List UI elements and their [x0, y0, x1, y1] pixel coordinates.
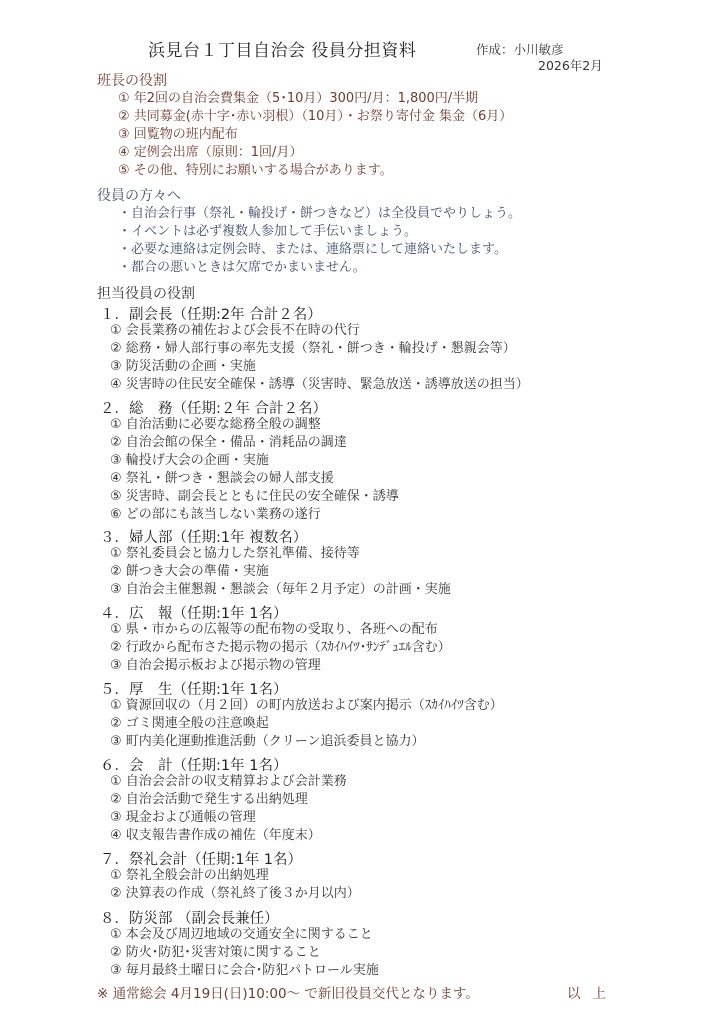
role-item: ④ 災害時の住民安全確保・誘導（災害時、緊急放送・誘導放送の担当） [110, 376, 529, 394]
role-item: ② 自治会館の保全・備品・消耗品の調達 [110, 434, 347, 452]
role-item: ③ 自治会主催懇親・懇談会（毎年２月予定）の計画・実施 [110, 581, 451, 599]
role-item: ① 祭礼委員会と協力した祭礼準備、接待等 [110, 545, 360, 563]
team-leader-item: ③ 回覧物の班内配布 [118, 126, 238, 144]
role-title-womens-division: ３．婦人部（任期:1年 複数名） [100, 526, 307, 547]
role-item: ① 本会及び周辺地域の交通安全に関すること [110, 926, 373, 944]
role-item: ① 県・市からの広報等の配布物の受取り、各班への配布 [110, 621, 438, 639]
officers-note-heading: 役員の方々へ [97, 185, 181, 205]
role-item: ② ゴミ関連全般の注意喚起 [110, 715, 269, 733]
officers-note-item: ・イベントは必ず複数人参加して手伝いましょう。 [118, 223, 417, 241]
role-item: ① 資源回収の（月２回）の町内放送および案内掲示（ｽｶｲﾊｲﾂ含む） [110, 697, 503, 715]
role-item: ④ 収支報告書作成の補佐（年度末） [110, 827, 321, 845]
footer-note: ※ 通常総会 4月19日(日)10:00～ で新旧役員交代となります。 [97, 982, 479, 1002]
role-title-accounting: ６．会 計（任期:1年 1名） [100, 754, 287, 775]
team-leader-item: ② 共同募金(赤十字･赤い羽根）（10月）・お祭り寄付金 集金（6月） [118, 108, 512, 126]
role-title-general-affairs: ２．総 務（任期:２年 合計２名） [100, 397, 327, 418]
date-label: 2026年2月 [538, 56, 603, 74]
role-title-disaster-prevention: ８．防災部 （副会長兼任） [100, 907, 279, 928]
team-leader-item: ④ 定例会出席（原則：1回/月） [118, 144, 302, 162]
role-item: ① 会長業務の補佐および会長不在時の代行 [110, 322, 360, 340]
role-item: ③ 毎月最終土曜日に会合･防犯パトロール実施 [110, 962, 379, 980]
role-item: ② 総務・婦人部行事の率先支援（祭礼・餅つき・輪投げ・懇親会等） [110, 340, 516, 358]
role-item: ③ 輪投げ大会の企画・実施 [110, 452, 269, 470]
footer-end-mark: 以上 [567, 982, 618, 1002]
team-leader-item: ① 年2回の自治会費集金（5･10月）300円/月：1,800円/半期 [118, 90, 478, 108]
officers-note-item: ・都合の悪いときは欠席でかまいません。 [118, 259, 366, 277]
document-title: 浜見台１丁目自治会 役員分担資料 [148, 36, 416, 61]
role-item: ② 行政から配布さた掲示物の掲示（ｽｶｲﾊｲﾂ･ｻﾝﾃﾞｭｴﾙ含む） [110, 639, 451, 657]
role-title-vice-president: １．副会長（任期:2年 合計２名） [100, 303, 322, 324]
role-item: ① 祭礼全般会計の出納処理 [110, 867, 269, 885]
team-leader-heading: 班長の役割 [97, 70, 167, 90]
role-item: ① 自治会会計の収支精算および会計業務 [110, 773, 347, 791]
role-item: ① 自治活動に必要な総務全般の調整 [110, 416, 321, 434]
role-title-festival-accounting: ７．祭礼会計（任期:1年 1名） [100, 848, 302, 869]
role-item: ⑥ どの部にも該当しない業務の遂行 [110, 506, 321, 524]
role-item: ② 防火･防犯･災害対策に関すること [110, 944, 321, 962]
role-title-public-relations: ４．広 報（任期:1年 1名） [100, 602, 287, 623]
team-leader-item: ⑤ その他、特別にお願いする場合があります。 [118, 162, 393, 180]
role-item: ② 自治会活動で発生する出納処理 [110, 791, 308, 809]
role-item: ② 餅つき大会の準備・実施 [110, 563, 269, 581]
role-item: ② 決算表の作成（祭礼終了後３か月以内） [110, 885, 360, 903]
role-item: ③ 町内美化運動推進活動（クリーン追浜委員と協力） [110, 733, 425, 751]
role-item: ③ 防災活動の企画・実施 [110, 358, 256, 376]
officers-note-item: ・必要な連絡は定例会時、または、連絡票にして連絡いたします。 [118, 241, 507, 259]
role-item: ③ 自治会掲示板および掲示物の管理 [110, 657, 321, 675]
role-item: ③ 現金および通帳の管理 [110, 809, 256, 827]
role-item: ④ 祭礼・餅つき・懇談会の婦人部支援 [110, 470, 334, 488]
role-item: ⑤ 災害時、副会長とともに住民の安全確保・誘導 [110, 488, 399, 506]
officers-note-item: ・自治会行事（祭礼・輪投げ・餅つきなど）は全役員でやりしょう。 [118, 205, 521, 223]
role-title-welfare: ５．厚 生（任期:1年 1名） [100, 678, 287, 699]
roles-heading: 担当役員の役割 [97, 283, 195, 303]
